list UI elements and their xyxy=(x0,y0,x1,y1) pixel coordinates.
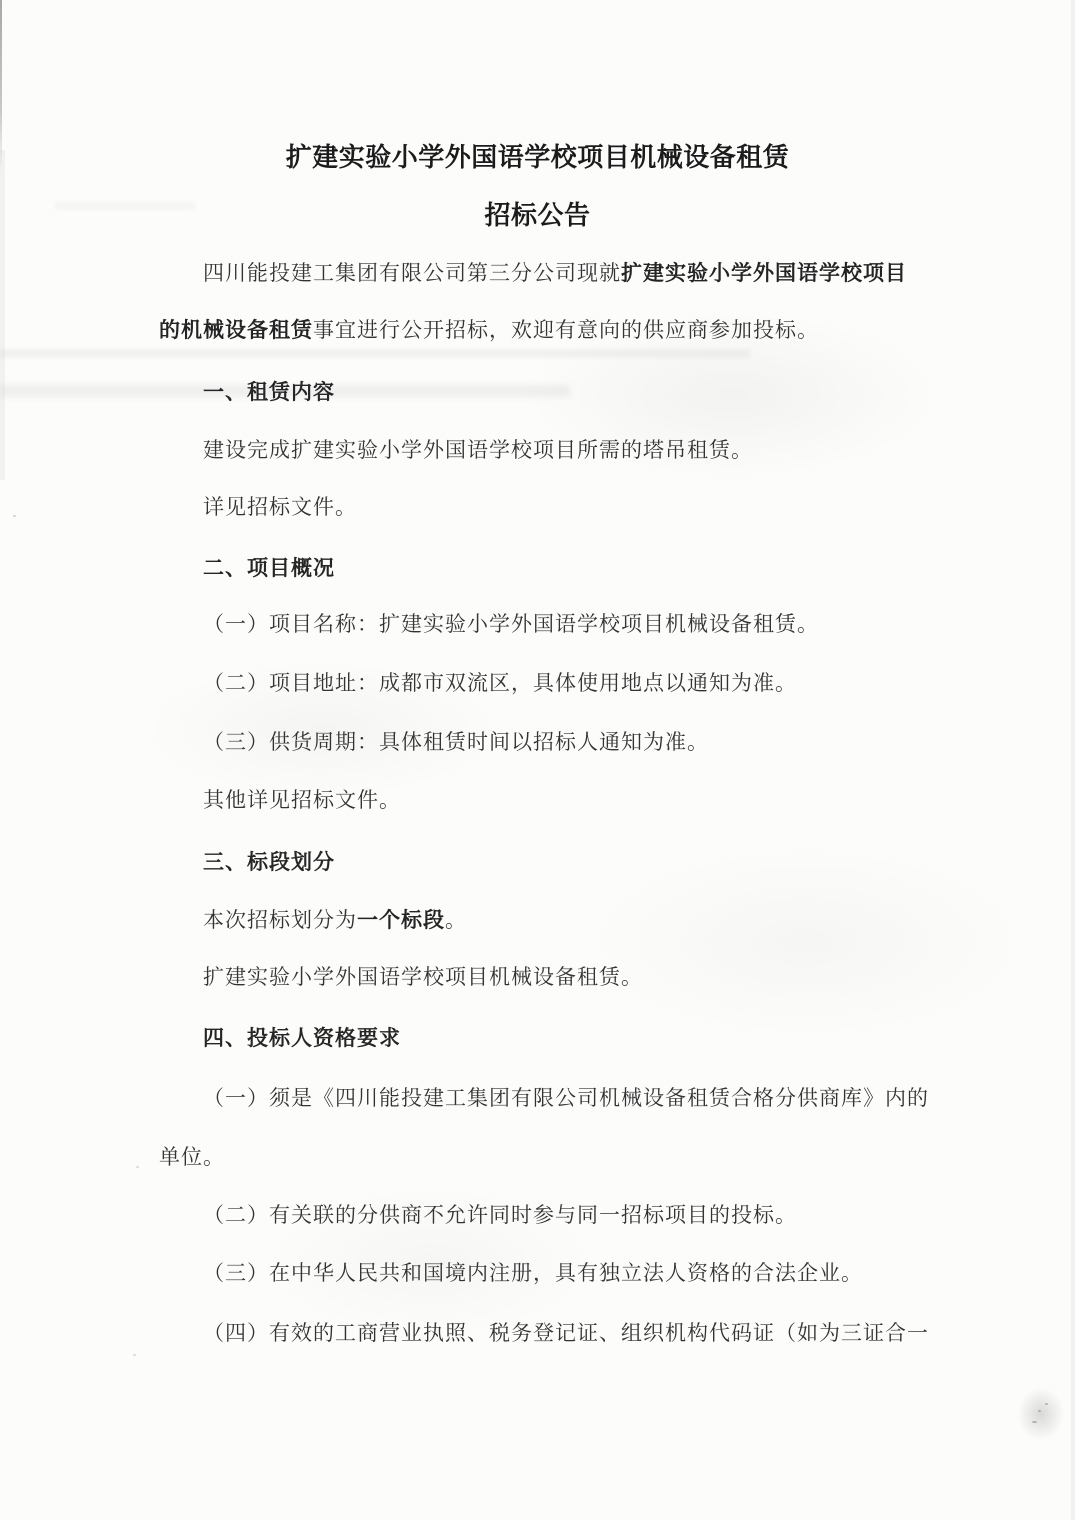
intro-line-2-regular: 事宜进行公开招标，欢迎有意向的供应商参加投标。 xyxy=(313,318,819,342)
section2-heading: 二、项目概况 xyxy=(203,551,335,585)
intro-line-1: 四川能投建工集团有限公司第三分公司现就扩建实验小学外国语学校项目 xyxy=(203,256,907,290)
section3-line-1-regular: 本次招标划分为 xyxy=(203,908,357,932)
section4-item-1-line-1: （一）须是《四川能投建工集团有限公司机械设备租赁合格分供商库》内的 xyxy=(203,1081,929,1115)
intro-line-2: 的机械设备租赁事宜进行公开招标，欢迎有意向的供应商参加投标。 xyxy=(159,313,819,347)
section1-line-2: 详见招标文件。 xyxy=(203,490,357,524)
scan-artifact-speck xyxy=(1032,1421,1037,1423)
intro-line-1-regular: 四川能投建工集团有限公司第三分公司现就 xyxy=(203,261,621,285)
section2-item-1: （一）项目名称：扩建实验小学外国语学校项目机械设备租赁。 xyxy=(203,607,819,641)
section3-line-1: 本次招标划分为一个标段。 xyxy=(203,903,467,937)
scan-artifact-speck xyxy=(13,515,16,517)
section1-heading: 一、租赁内容 xyxy=(203,375,335,409)
section2-item-2: （二）项目地址：成都市双流区，具体使用地点以通知为准。 xyxy=(203,666,797,700)
scan-artifact-streak xyxy=(0,349,750,358)
section1-line-1: 建设完成扩建实验小学外国语学校项目所需的塔吊租赁。 xyxy=(203,433,753,467)
section2-note: 其他详见招标文件。 xyxy=(203,783,401,817)
section3-heading: 三、标段划分 xyxy=(203,845,335,879)
scan-artifact-speck xyxy=(136,1166,139,1168)
section3-line-1-bold: 一个标段 xyxy=(357,908,445,932)
section3-line-1-suffix: 。 xyxy=(445,908,467,932)
scan-artifact-speck xyxy=(1045,1403,1048,1405)
document-subtitle: 招标公告 xyxy=(0,196,1075,234)
section3-line-2: 扩建实验小学外国语学校项目机械设备租赁。 xyxy=(203,960,643,994)
scanned-document-page: 扩建实验小学外国语学校项目机械设备租赁 招标公告 四川能投建工集团有限公司第三分… xyxy=(0,0,1075,1520)
document-title: 扩建实验小学外国语学校项目机械设备租赁 xyxy=(0,138,1075,176)
section4-item-4: （四）有效的工商营业执照、税务登记证、组织机构代码证（如为三证合一 xyxy=(203,1316,929,1350)
section4-heading: 四、投标人资格要求 xyxy=(203,1021,401,1055)
section4-item-1-line-2: 单位。 xyxy=(159,1140,225,1174)
intro-line-1-bold: 扩建实验小学外国语学校项目 xyxy=(621,261,907,285)
scan-artifact-speck xyxy=(1038,1410,1041,1412)
section2-item-3: （三）供货周期：具体租赁时间以招标人通知为准。 xyxy=(203,725,709,759)
scan-artifact-smudge xyxy=(1018,1388,1064,1440)
scan-artifact-speck xyxy=(133,1354,136,1356)
intro-line-2-bold: 的机械设备租赁 xyxy=(159,318,313,342)
section4-item-3: （三）在中华人民共和国境内注册，具有独立法人资格的合法企业。 xyxy=(203,1256,863,1290)
section4-item-2: （二）有关联的分供商不允许同时参与同一招标项目的投标。 xyxy=(203,1198,797,1232)
